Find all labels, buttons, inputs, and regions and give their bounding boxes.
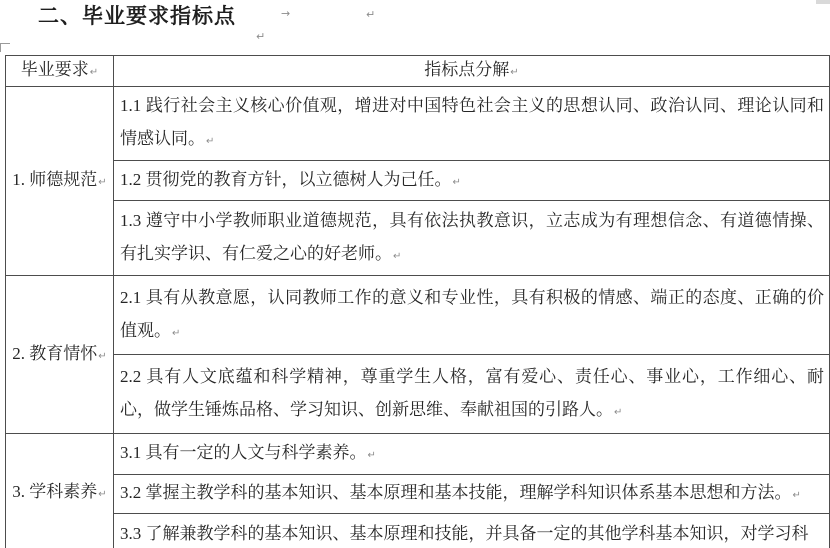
- indicator-cell-3-2[interactable]: 3.2 掌握主教学科的基本知识、基本原理和基本技能，理解学科知识体系基本思想和方…: [114, 475, 830, 514]
- paragraph-mark: ↵: [368, 450, 376, 461]
- header-label: 毕业要求: [21, 60, 89, 79]
- requirement-cell-1[interactable]: 1. 师德规范↵: [6, 87, 114, 276]
- header-label: 指标点分解: [424, 60, 509, 79]
- indicator-cell-1-2[interactable]: 1.2 贯彻党的教育方针，以立德树人为己任。↵: [114, 161, 830, 201]
- table-row: 2. 教育情怀↵ 2.1 具有从教意愿，认同教师工作的意义和专业性，具有积极的情…: [6, 276, 830, 355]
- paragraph-mark: ↵: [793, 490, 801, 501]
- table-row: 3.3 了解兼教学科的基本知识、基本原理和技能，并具备一定的其他学科基本知识，对…: [6, 514, 830, 548]
- indicator-cell-1-3[interactable]: 1.3 遵守中小学教师职业道德规范，具有依法执教意识，立志成为有理想信念、有道德…: [114, 201, 830, 276]
- requirement-cell-2[interactable]: 2. 教育情怀↵: [6, 276, 114, 434]
- table-row: 1.2 贯彻党的教育方针，以立德树人为己任。↵: [6, 161, 830, 201]
- indicator-cell-3-3[interactable]: 3.3 了解兼教学科的基本知识、基本原理和技能，并具备一定的其他学科基本知识，对…: [114, 514, 830, 548]
- requirement-label: 2. 教育情怀: [12, 344, 97, 363]
- table-row: 3.2 掌握主教学科的基本知识、基本原理和基本技能，理解学科知识体系基本思想和方…: [6, 475, 830, 514]
- paragraph-mark: ↵: [98, 489, 106, 500]
- indicator-cell-3-1[interactable]: 3.1 具有一定的人文与科学素养。↵: [114, 434, 830, 475]
- table-header-row: 毕业要求↵ 指标点分解↵: [6, 56, 830, 87]
- text-boundary-corner-mark: [0, 43, 10, 52]
- paragraph-mark: ↵: [393, 251, 401, 262]
- paragraph-mark: ↵: [256, 31, 265, 42]
- paragraph-mark: ↵: [90, 67, 98, 78]
- table-row: 2.2 具有人文底蕴和科学精神，尊重学生人格，富有爱心、责任心、事业心，工作细心…: [6, 355, 830, 434]
- graduation-requirements-table: 毕业要求↵ 指标点分解↵ 1. 师德规范↵ 1.1 践行社会主义核心价值观，增进…: [5, 55, 830, 548]
- header-cell-requirement[interactable]: 毕业要求↵: [6, 56, 114, 87]
- page-title: 二、毕业要求指标点: [38, 3, 236, 30]
- requirement-label: 3. 学科素养: [12, 482, 97, 501]
- paragraph-mark: ↵: [172, 328, 180, 339]
- table-row: 1.3 遵守中小学教师职业道德规范，具有依法执教意识，立志成为有理想信念、有道德…: [6, 201, 830, 276]
- paragraph-mark: ↵: [98, 351, 106, 362]
- indicator-cell-1-1[interactable]: 1.1 践行社会主义核心价值观，增进对中国特色社会主义的思想认同、政治认同、理论…: [114, 87, 830, 161]
- indicator-cell-2-1[interactable]: 2.1 具有从教意愿，认同教师工作的意义和专业性，具有积极的情感、端正的态度、正…: [114, 276, 830, 355]
- requirement-label: 1. 师德规范: [12, 170, 97, 189]
- table-row: 1. 师德规范↵ 1.1 践行社会主义核心价值观，增进对中国特色社会主义的思想认…: [6, 87, 830, 161]
- document-page: { "title": "二、毕业要求指标点", "marks": { "para…: [0, 0, 830, 548]
- paragraph-mark: ↵: [98, 177, 106, 188]
- indicator-text: 2.2 具有人文底蕴和科学精神，尊重学生人格，富有爱心、责任心、事业心，工作细心…: [120, 367, 824, 419]
- indicator-text: 3.3 了解兼教学科的基本知识、基本原理和技能，并具备一定的其他学科基本知识，对…: [120, 524, 809, 543]
- tab-formatting-mark: →: [281, 8, 290, 19]
- paragraph-mark: ↵: [206, 136, 214, 147]
- header-cell-indicators[interactable]: 指标点分解↵: [114, 56, 830, 87]
- indicator-text: 1.3 遵守中小学教师职业道德规范，具有依法执教意识，立志成为有理想信念、有道德…: [120, 211, 824, 263]
- indicator-text: 2.1 具有从教意愿，认同教师工作的意义和专业性，具有积极的情感、端正的态度、正…: [120, 288, 824, 340]
- indicator-cell-2-2[interactable]: 2.2 具有人文底蕴和科学精神，尊重学生人格，富有爱心、责任心、事业心，工作细心…: [114, 355, 830, 434]
- indicator-text: 1.1 践行社会主义核心价值观，增进对中国特色社会主义的思想认同、政治认同、理论…: [120, 96, 824, 148]
- requirement-cell-3[interactable]: 3. 学科素养↵: [6, 434, 114, 548]
- paragraph-mark: ↵: [453, 177, 461, 188]
- scrollbar-fragment: [816, 0, 830, 4]
- paragraph-mark: ↵: [366, 9, 375, 20]
- indicator-text: 3.1 具有一定的人文与科学素养。: [120, 443, 367, 462]
- indicator-text: 3.2 掌握主教学科的基本知识、基本原理和基本技能，理解学科知识体系基本思想和方…: [120, 483, 792, 502]
- paragraph-mark: ↵: [510, 67, 518, 78]
- table-row: 3. 学科素养↵ 3.1 具有一定的人文与科学素养。↵: [6, 434, 830, 475]
- paragraph-mark: ↵: [614, 407, 622, 418]
- indicator-text: 1.2 贯彻党的教育方针，以立德树人为己任。: [120, 170, 452, 189]
